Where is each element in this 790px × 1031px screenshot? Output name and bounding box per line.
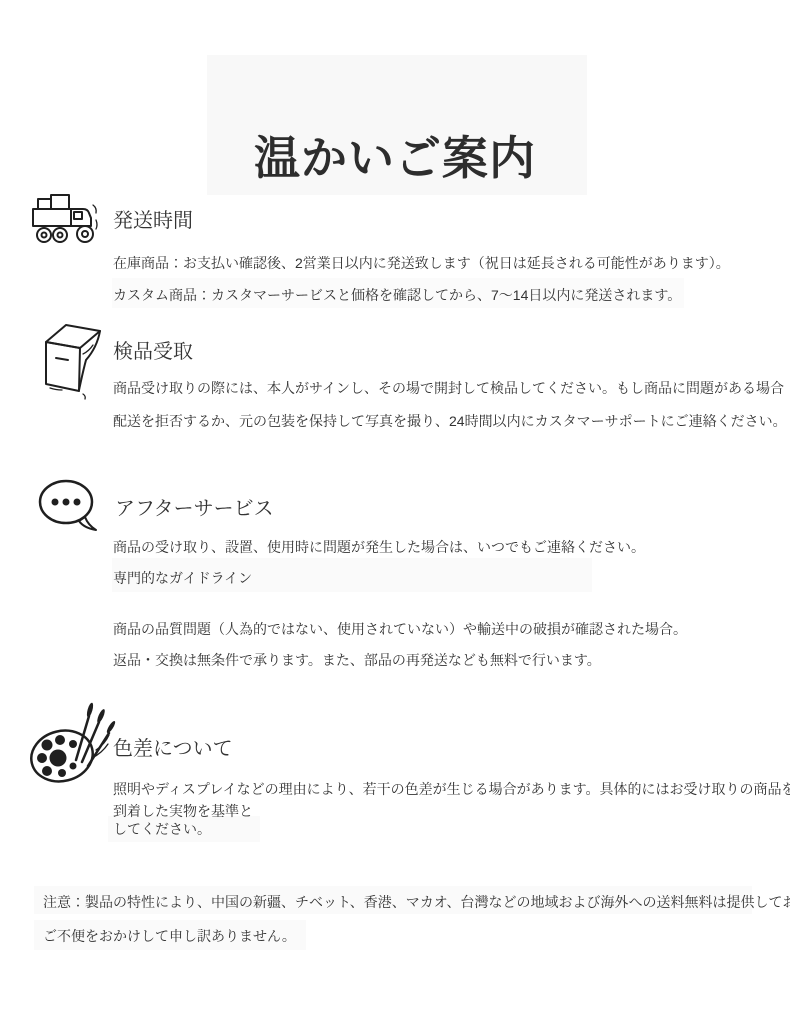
box-icon (36, 318, 110, 400)
chat-bubble-icon (36, 476, 104, 536)
body-line: してください。 (113, 819, 211, 839)
truck-icon (30, 192, 112, 246)
body-line: 到着した実物を基準と (113, 801, 253, 821)
body-line: 照明やディスプレイなどの理由により、若干の色差が生じる場合があります。具体的には… (113, 779, 790, 799)
body-line: 返品・交換は無条件で承ります。また、部品の再発送なども無料で行います。 (113, 650, 601, 670)
body-line: 商品の受け取り、設置、使用時に問題が発生した場合は、いつでもご連絡ください。 (113, 537, 645, 557)
body-line: 商品の品質問題（人為的ではない、使用されていない）や輸送中の破損が確認された場合… (113, 619, 687, 639)
footer-note-apology: ご不便をおかけして申し訳ありません。 (43, 926, 296, 946)
body-line: 配送を拒否するか、元の包装を保持して写真を撮り、24時間以内にカスタマーサポート… (113, 411, 787, 431)
body-line: 専門的なガイドライン (113, 568, 252, 588)
section-heading-color-difference: 色差について (113, 736, 233, 762)
footer-note-shipping-exclusions: 注意：製品の特性により、中国の新疆、チベット、香港、マカオ、台灣などの地域および… (43, 892, 790, 912)
section-heading-after-service: アフターサービス (115, 496, 274, 522)
page-title: 温かいご案内 (0, 129, 790, 187)
section-heading-inspection: 検品受取 (113, 339, 193, 365)
body-line: 在庫商品：お支払い確認後、2営業日以内に発送致します（祝日は延長される可能性があ… (113, 253, 730, 273)
palette-icon (26, 698, 120, 788)
body-line: 商品受け取りの際には、本人がサインし、その場で開封して検品してください。もし商品… (113, 378, 784, 398)
body-line: カスタム商品：カスタマーサービスと価格を確認してから、7～14日以内に発送されま… (113, 285, 681, 305)
section-heading-shipping: 発送時間 (113, 208, 193, 234)
product-info-notice: 温かいご案内 発送時間 在庫商品：お支払い確認後、2営業日以内に発送致します（祝… (0, 0, 790, 1031)
